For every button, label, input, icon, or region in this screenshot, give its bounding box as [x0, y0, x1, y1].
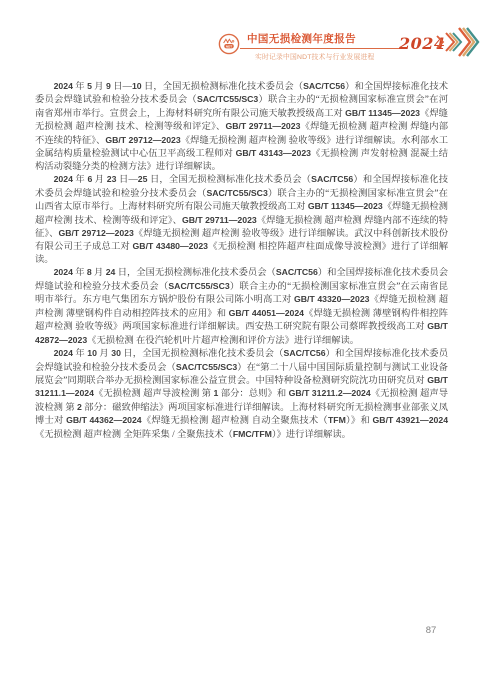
body-paragraph: 2024 年 10 月 30 日，全国无损检测标准化技术委员会（SAC/TC56… — [35, 347, 448, 441]
report-subtitle: 实时记录中国NDT技术与行业发展进程 — [255, 51, 405, 61]
report-title: 中国无损检测年度报告 — [247, 31, 407, 46]
ndt-logo-label: NDT — [226, 44, 232, 48]
body-paragraph: 2024 年 5 月 9 日—10 日，全国无损检测标准化技术委员会（SAC/T… — [35, 80, 448, 173]
triple-chevron-right-icon — [436, 25, 478, 59]
body-paragraph: 2024 年 8 月 24 日，全国无损检测标准化技术委员会（SAC/TC56）… — [35, 266, 448, 347]
report-page: NDT 中国无损检测年度报告 实时记录中国NDT技术与行业发展进程 2024 2… — [0, 0, 480, 673]
page-number: 87 — [418, 625, 444, 636]
ndt-wave-logo-icon: NDT — [218, 33, 240, 55]
report-body: 2024 年 5 月 9 日—10 日，全国无损检测标准化技术委员会（SAC/T… — [35, 80, 448, 441]
header-rule — [240, 48, 400, 49]
body-paragraph: 2024 年 6 月 23 日—25 日，全国无损检测标准化技术委员会（SAC/… — [35, 173, 448, 266]
